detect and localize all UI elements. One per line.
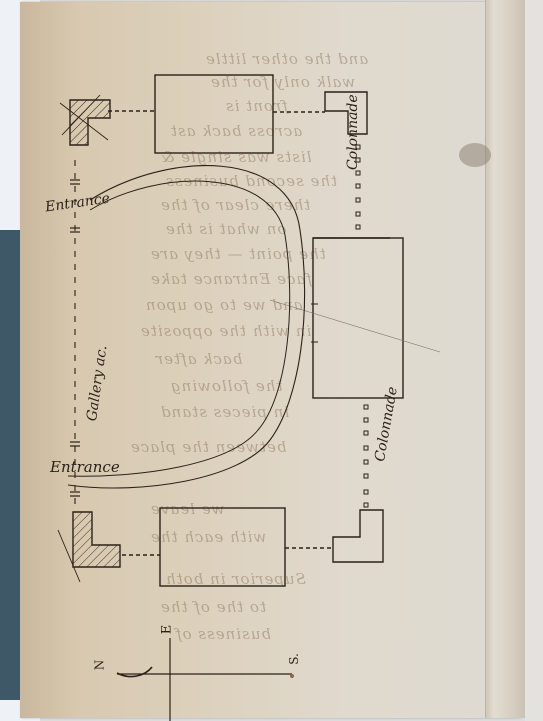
colonnade-columns-bottom: [364, 405, 368, 507]
compass-south-label: S.: [287, 653, 301, 665]
building-top: [155, 75, 273, 153]
label-colonnade-top: Colonnade: [345, 94, 361, 170]
hatched-wing-top: [70, 100, 110, 145]
compass-east-label: E: [159, 625, 174, 635]
l-pavilion-bottom: [333, 510, 383, 562]
compass-north-label: N: [92, 660, 106, 671]
gallery-curve-inner: [68, 181, 290, 476]
ink-smudge: [459, 143, 491, 167]
hatched-wing-bottom: [73, 512, 120, 567]
label-entrance-bottom: Entrance: [50, 458, 120, 476]
building-bottom: [160, 508, 285, 586]
ink-plan-sketch: [0, 0, 543, 721]
building-center: [313, 238, 403, 398]
gallery-curve-outer: [68, 166, 305, 488]
